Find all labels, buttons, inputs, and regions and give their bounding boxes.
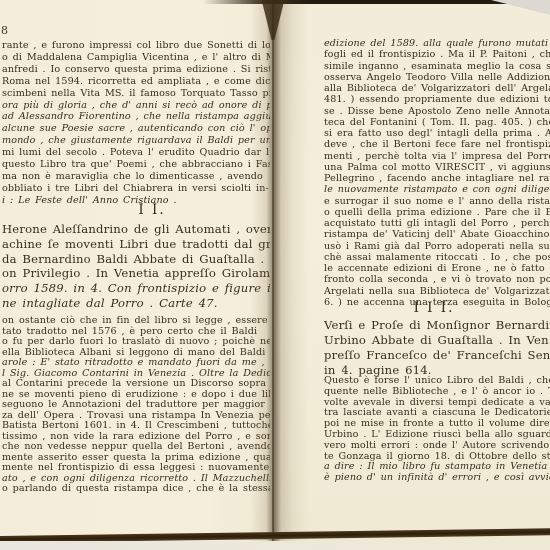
- text-line: Pellegrino , facendo anche intagliare ne…: [324, 173, 550, 184]
- text-line: che non vedesse neppur quella del Berton…: [2, 442, 270, 453]
- text-line: ne intagliate dal Porro . Carte 47.: [2, 296, 270, 311]
- left-page-paragraph-2: on ostante ciò che in fin del libro si l…: [2, 316, 270, 495]
- right-page-paragraph-1: edizione del 1589. alla quale furono mut…: [324, 38, 550, 308]
- text-line: alla Biblioteca de' Volgarizzatori dell'…: [324, 83, 550, 94]
- text-line: o fu per darlo fuori lo traslatò di nuov…: [2, 337, 270, 348]
- text-line: 481. ) essendo propriamente due edizioni…: [324, 94, 550, 105]
- text-line: orro 1589. in 4. Con frontispizio e figu…: [2, 281, 270, 296]
- text-line: obbliato i tre Libri del Chiabrera in ve…: [2, 183, 270, 195]
- text-line: e surrogar il suo nome e l' anno della r…: [324, 196, 550, 207]
- text-line: Roma nel 1594. ricorretta ed ampliata , …: [2, 76, 270, 88]
- text-line: Argelati nella sua Biblioteca de' Volgar…: [324, 286, 550, 297]
- text-line: on ostante ciò che in fin del libro si l…: [2, 316, 270, 327]
- book-spread: 8 rante , e furono impressi col libro du…: [0, 0, 550, 550]
- text-line: achine ſe moventi Libri due tradotti dal…: [2, 237, 270, 252]
- text-line: al Contarini precede la versione un Disc…: [2, 379, 270, 390]
- left-page-section-heading: I I.: [0, 202, 270, 218]
- table-surface-below: [0, 541, 550, 550]
- text-line: fogli ed il frontispizio . Ma il P. Pait…: [324, 49, 550, 60]
- text-line: anfredi . Io conservo questa prima edizi…: [2, 64, 270, 76]
- page-number: 8: [1, 24, 8, 37]
- text-line: Urbino Abbate di Guaſtalla . In Ven: [324, 333, 550, 348]
- right-page-entry: Verſi e Proſe di Monſignor BernardinoUrb…: [324, 318, 550, 378]
- left-page: 8 rante , e furono impressi col libro du…: [0, 0, 270, 550]
- text-line: edizione del 1589. alla quale furono mut…: [324, 38, 550, 49]
- text-line: arole : E' stato ritradotto e mandato fu…: [2, 358, 270, 369]
- text-line: mondo , che giustamente riguardava il Ba…: [2, 135, 270, 147]
- text-line: usò i Rami già dal Porro adoperati nella…: [324, 241, 550, 252]
- right-page-paragraph-2: Questo è forse l' unico Libro del Baldi …: [324, 376, 550, 484]
- text-line: rante , e furono impressi col libro due …: [2, 40, 270, 52]
- text-line: o di Maddalena Campiglia Vicentina , e l…: [2, 52, 270, 64]
- text-line: scimbeni nella Vita MS. il famoso Torqua…: [2, 88, 270, 100]
- text-line: questo Libro tra que' Poemi , che abbrac…: [2, 159, 270, 171]
- text-line: ora più di gloria , che d' anni si recò …: [2, 100, 270, 112]
- text-line: è pieno d' un infinità d' errori , e cos…: [324, 473, 550, 484]
- text-line: preſſo Franceſco de' Franceſchi Seneſ: [324, 348, 550, 363]
- book-gutter-shadow: [250, 0, 324, 550]
- text-line: se . Disse bene Apostolo Zeno nelle Anno…: [324, 106, 550, 117]
- right-page: edizione del 1589. alla quale furono mut…: [318, 0, 550, 550]
- book-gutter-crease: [272, 0, 274, 550]
- left-page-paragraph-1: rante , e furono impressi col libro due …: [2, 40, 270, 207]
- left-page-entry: Herone Aleſſandrino de gli Automati , ov…: [2, 222, 270, 311]
- right-page-section-heading: I I I.: [318, 300, 550, 316]
- text-line: teca del Fontanini ( Tom. II. pag. 405. …: [324, 117, 550, 128]
- text-line: ad Alessandro Fiorentino , che nella ris…: [2, 111, 270, 123]
- text-line: mente nel frontispizio di essa leggesi :…: [2, 463, 270, 474]
- text-line: le accennate edizioni di Erone , ne ò fa…: [324, 263, 550, 274]
- text-line: ma non è maraviglia che lo dimenticasse …: [2, 171, 270, 183]
- text-line: ristampa de' Vaticinj dell' Abate Gioacc…: [324, 229, 550, 240]
- text-line: Herone Aleſſandrino de gli Automati , ov…: [2, 222, 270, 237]
- text-line: vero molti errori : onde l' Autore scriv…: [324, 441, 550, 452]
- text-line: le nuovamente ristampato e con ogni dili…: [324, 184, 550, 195]
- text-line: chè assai malamente ritoccati . Io , che…: [324, 252, 550, 263]
- text-line: o parlando di questa ristampa dice , che…: [2, 484, 270, 495]
- text-line: o quelli della prima edizione . Pare che…: [324, 207, 550, 218]
- text-line: acquistato tutti gli intagli del Porro ,…: [324, 218, 550, 229]
- text-line: alcune sue Poesie sacre , autenticando c…: [2, 123, 270, 135]
- text-line: quente nelle Biblioteche , e l' ò ancor …: [324, 387, 550, 398]
- text-line: da Bernardino Baldi Abbate di Guaſtalla …: [2, 252, 270, 267]
- text-line: fronto colla seconda , e vi ò trovato no…: [324, 274, 550, 285]
- text-line: menti , perchè tolta via l' impresa del …: [324, 151, 550, 162]
- text-line: Batista Bertoni 1601. in 4. Il Crescimbe…: [2, 421, 270, 432]
- text-line: mi lumi del secolo . Poteva l' erudito Q…: [2, 147, 270, 159]
- text-line: deve , che il Bertoni fece fare nel fron…: [324, 139, 550, 150]
- text-line: Verſi e Proſe di Monſignor Bernardino: [324, 318, 550, 333]
- text-line: una Palma col motto VIRESCIT , vi aggiun…: [324, 162, 550, 173]
- text-line: seguono le Annotazioni del traduttore pe…: [2, 400, 270, 411]
- text-line: simile inganno , esaminata meglio la cos…: [324, 61, 550, 72]
- text-line: on Privilegio . In Venetia appreſſo Giro…: [2, 266, 270, 281]
- text-line: osserva Angelo Teodoro Villa nelle Addiz…: [324, 72, 550, 83]
- text-line: si era fatto uso degl' intagli della pri…: [324, 128, 550, 139]
